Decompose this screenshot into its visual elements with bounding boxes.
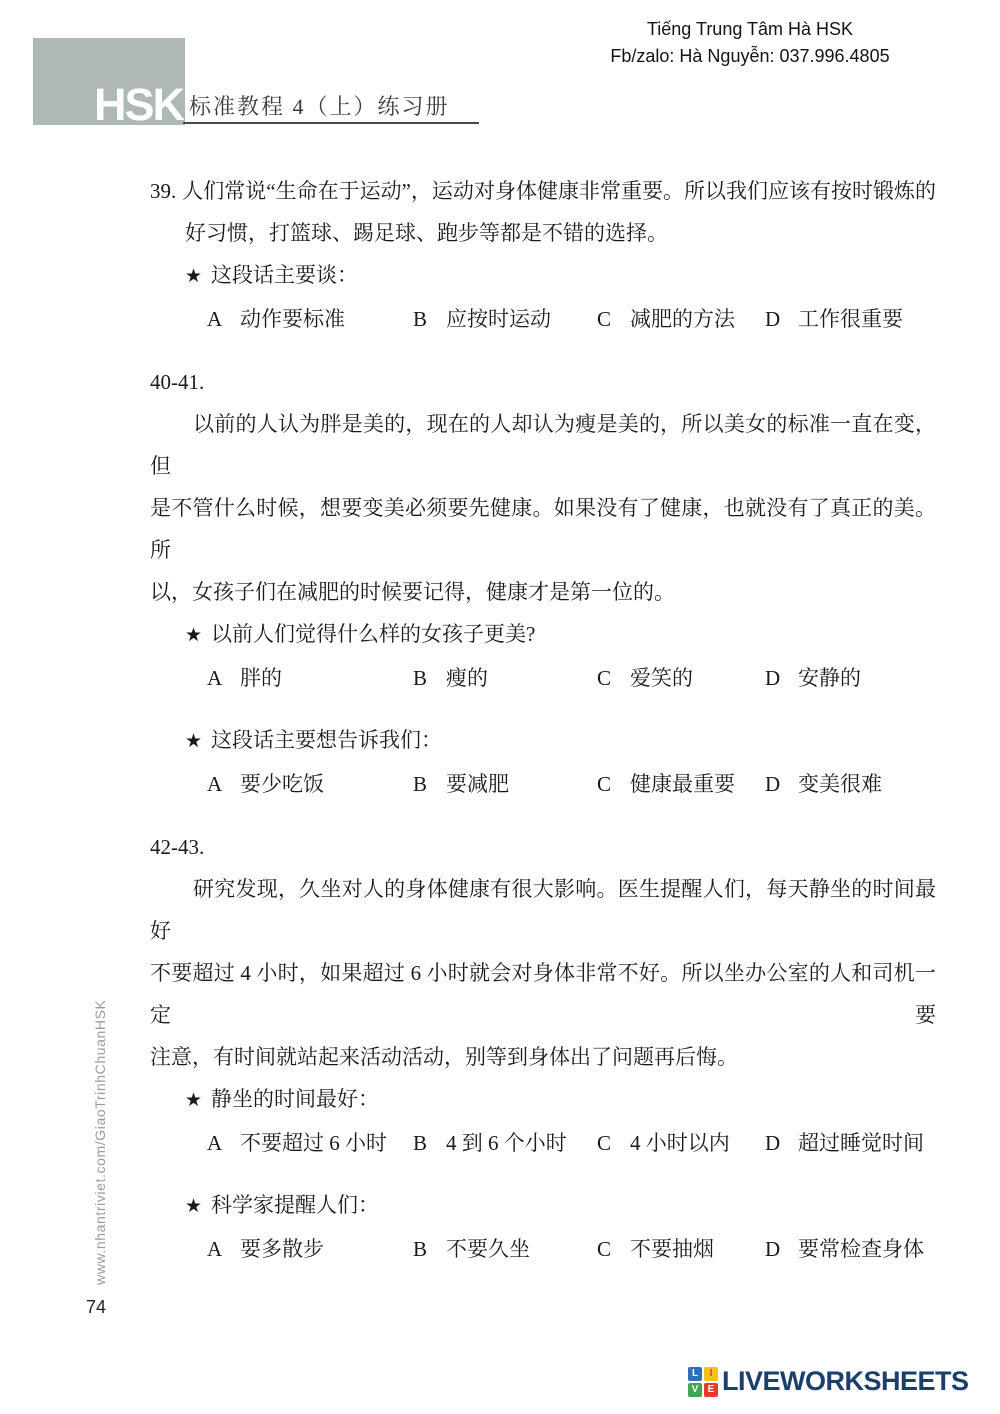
option-letter: D [765,1122,798,1164]
option-letter: D [765,298,798,340]
contact-center-name: Tiếng Trung Tâm Hà HSK [590,16,910,43]
s4243-q1-options-row: A不要超过 6 小时 B4 到 6 个小时 C4 小时以内 D超过睡觉时间 [150,1122,936,1164]
q39-passage-text1: 人们常说“生命在于运动”，运动对身体健康非常重要。所以我们应该有按时锻炼的 [182,179,936,203]
option-text: 变美很难 [798,763,882,805]
logo-square-l: L [688,1367,702,1381]
option-text: 超过睡觉时间 [798,1122,924,1164]
q39-passage-line1: 39.人们常说“生命在于运动”，运动对身体健康非常重要。所以我们应该有按时锻炼的 [150,170,936,212]
option-letter: D [765,763,798,805]
option-c: C健康最重要 [597,763,765,805]
option-text: 安静的 [798,657,861,699]
option-letter: A [207,1122,240,1164]
option-text: 动作要标准 [240,298,345,340]
option-c: C不要抽烟 [597,1228,765,1270]
reading-exercises: 39.人们常说“生命在于运动”，运动对身体健康非常重要。所以我们应该有按时锻炼的… [150,170,936,1270]
option-a: A动作要标准 [207,298,413,340]
option-text: 要少吃饭 [240,763,324,805]
hsk-logo-box: HSK [33,38,185,125]
option-b: B应按时运动 [413,298,597,340]
option-text: 不要抽烟 [630,1228,714,1270]
option-letter: A [207,298,240,340]
s4243-q2-options-row: A要多散步 B不要久坐 C不要抽烟 D要常检查身体 [150,1228,936,1270]
option-text: 要多散步 [240,1228,324,1270]
s4041-q2-options-row: A要少吃饭 B要减肥 C健康最重要 D变美很难 [150,763,936,805]
option-c: C爱笑的 [597,657,765,699]
option-d: D变美很难 [765,763,936,805]
liveworksheets-icon: L I V E [688,1367,718,1397]
option-letter: C [597,298,630,340]
option-d: D工作很重要 [765,298,936,340]
option-letter: B [413,1122,446,1164]
contact-phone: Fb/zalo: Hà Nguyễn: 037.996.4805 [590,43,910,70]
option-text: 健康最重要 [630,763,735,805]
option-text: 工作很重要 [798,298,903,340]
option-text: 4 小时以内 [630,1122,730,1164]
option-d: D安静的 [765,657,936,699]
s4243-q2-prompt-line: ★科学家提醒人们： [150,1184,936,1228]
option-text: 不要超过 6 小时 [240,1122,387,1164]
q39-number: 39. [150,179,176,203]
option-letter: D [765,1228,798,1270]
option-b: B不要久坐 [413,1228,597,1270]
s4243-paragraph-line2: 不要超过 4 小时，如果超过 6 小时就会对身体非常不好。所以坐办公室的人和司机… [150,952,936,1036]
q39-prompt-text: 这段话主要谈： [211,263,358,287]
option-letter: D [765,657,798,699]
option-letter: C [597,657,630,699]
s4243-paragraph-line1: 研究发现，久坐对人的身体健康有很大影响。医生提醒人们，每天静坐的时间最好 [150,868,936,952]
logo-square-i: I [704,1367,718,1381]
option-letter: A [207,657,240,699]
option-letter: C [597,1122,630,1164]
logo-square-e: E [704,1383,718,1397]
workbook-page: HSK 标准教程 4（上）练习册 Tiếng Trung Tâm Hà HSK … [0,0,1000,1414]
option-letter: B [413,1228,446,1270]
watermark-url: www.nhantriviet.com/GiaoTrinhChuanHSK [92,1000,108,1285]
option-text: 瘦的 [446,657,488,699]
logo-square-v: V [688,1383,702,1397]
option-letter: A [207,1228,240,1270]
option-b: B4 到 6 个小时 [413,1122,597,1164]
option-text: 要减肥 [446,763,509,805]
option-text: 减肥的方法 [630,298,735,340]
liveworksheets-logo[interactable]: L I V E LIVEWORKSHEETS [688,1366,969,1397]
star-icon: ★ [185,1090,202,1111]
q39-options-row: A动作要标准 B应按时运动 C减肥的方法 D工作很重要 [150,298,936,340]
option-d: D要常检查身体 [765,1228,936,1270]
option-text: 爱笑的 [630,657,693,699]
s4041-q2-prompt-line: ★这段话主要想告诉我们： [150,719,936,763]
section-42-43-heading: 42-43. [150,826,936,868]
title-underline [183,122,479,124]
s4243-paragraph-line3: 注意，有时间就站起来活动活动，别等到身体出了问题再后悔。 [150,1036,936,1078]
option-a: A胖的 [207,657,413,699]
s4041-q1-prompt-line: ★以前人们觉得什么样的女孩子更美? [150,613,936,657]
book-title: 标准教程 4（上）练习册 [189,90,450,121]
section-40-41-heading: 40-41. [150,361,936,403]
star-icon: ★ [185,1196,202,1217]
star-icon: ★ [185,625,202,646]
hsk-logo-text: HSK [94,82,183,127]
option-a: A要多散步 [207,1228,413,1270]
s4041-paragraph-line1: 以前的人认为胖是美的，现在的人却认为瘦是美的，所以美女的标准一直在变，但 [150,403,936,487]
option-text: 4 到 6 个小时 [446,1122,567,1164]
s4041-q2-prompt-text: 这段话主要想告诉我们： [211,728,442,752]
page-number: 74 [86,1297,106,1318]
contact-stamp: Tiếng Trung Tâm Hà HSK Fb/zalo: Hà Nguyễ… [590,16,910,70]
option-text: 应按时运动 [446,298,551,340]
s4041-paragraph-line3: 以，女孩子们在减肥的时候要记得，健康才是第一位的。 [150,571,936,613]
option-text: 胖的 [240,657,282,699]
s4243-q1-prompt-text: 静坐的时间最好： [211,1087,379,1111]
option-letter: A [207,763,240,805]
s4041-paragraph-line2: 是不管什么时候，想要变美必须要先健康。如果没有了健康，也就没有了真正的美。所 [150,487,936,571]
liveworksheets-wordmark: LIVEWORKSHEETS [722,1366,969,1397]
q39-prompt-line: ★这段话主要谈： [150,254,936,298]
option-letter: B [413,657,446,699]
option-a: A不要超过 6 小时 [207,1122,413,1164]
s4041-q1-prompt-text: 以前人们觉得什么样的女孩子更美? [211,622,535,646]
star-icon: ★ [185,266,202,287]
option-b: B要减肥 [413,763,597,805]
option-c: C4 小时以内 [597,1122,765,1164]
option-text: 要常检查身体 [798,1228,924,1270]
option-letter: B [413,763,446,805]
option-b: B瘦的 [413,657,597,699]
option-c: C减肥的方法 [597,298,765,340]
s4243-q1-prompt-line: ★静坐的时间最好： [150,1078,936,1122]
star-icon: ★ [185,731,202,752]
option-a: A要少吃饭 [207,763,413,805]
s4041-q1-options-row: A胖的 B瘦的 C爱笑的 D安静的 [150,657,936,699]
option-letter: B [413,298,446,340]
s4243-q2-prompt-text: 科学家提醒人们： [211,1193,379,1217]
q39-passage-line2: 好习惯，打篮球、踢足球、跑步等都是不错的选择。 [150,212,936,254]
option-letter: C [597,763,630,805]
option-text: 不要久坐 [446,1228,530,1270]
option-d: D超过睡觉时间 [765,1122,936,1164]
option-letter: C [597,1228,630,1270]
